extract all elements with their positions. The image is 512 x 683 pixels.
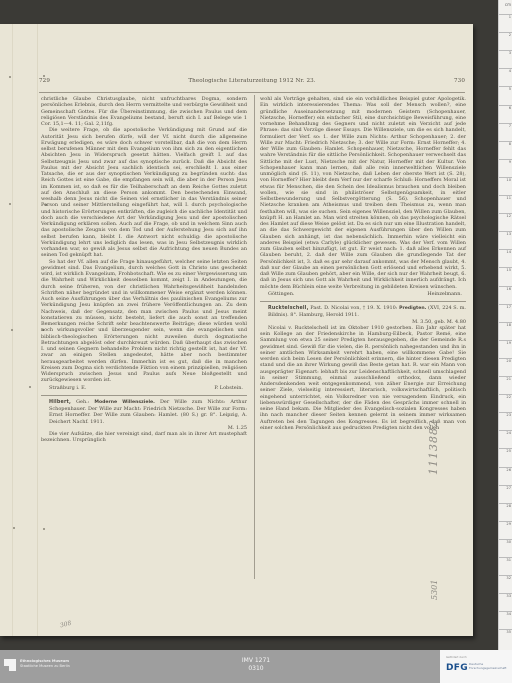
ruler-tick: 28 [499, 503, 512, 508]
ruler-unit: cm [505, 2, 511, 7]
ruler-tick: 3 [499, 50, 512, 55]
margin-speck [43, 528, 45, 530]
scan-page-number: 0310 [0, 665, 512, 673]
review-signature: Göttingen. Heinzelmann. [260, 291, 466, 297]
handwritten-margin-number: 5301 [430, 580, 439, 600]
dfg-logo-icon: DFG [446, 663, 468, 673]
ruler-tick: 5 [499, 86, 512, 91]
margin-speck [13, 527, 15, 529]
paragraph: Die vier Aufsätze, die hier vereinigt si… [41, 431, 247, 444]
ruler-tick: 29 [499, 521, 512, 526]
ruler-tick: 20 [499, 358, 512, 363]
header-rule [39, 92, 465, 93]
book-entry-heading: Rucktelschell, Past. D. Nicolai von, † 1… [260, 305, 466, 319]
entry-title: Moderne Willensziele. [94, 400, 155, 405]
margin-speck [9, 76, 11, 78]
ruler-tick: 10 [499, 177, 512, 182]
ruler-tick: 6 [499, 105, 512, 110]
ruler-tick: 17 [499, 304, 512, 309]
book-entry-heading: Hilbert, Geh.: Moderne Willensziele. Der… [41, 399, 247, 425]
ruler-tick: 30 [499, 539, 512, 544]
ruler-tick: 4 [499, 68, 512, 73]
review-signature: Straßburg i. E. P. Lobstein. [41, 385, 247, 391]
entry-author: Rucktelschell, [268, 306, 309, 311]
section-rule [41, 395, 247, 396]
margin-speck [43, 75, 45, 77]
ruler-tick: 1 [499, 14, 512, 19]
paragraph: So hat der Vf. allen auf die Frage hinau… [41, 259, 247, 384]
paragraph: wohl als Vorträge gehalten, sind sie ein… [260, 96, 466, 290]
page-fold-line [37, 24, 38, 636]
margin-speck [9, 203, 11, 205]
right-page-number: 730 [454, 78, 465, 84]
ruler-tick: 21 [499, 376, 512, 381]
margin-speck [11, 329, 13, 331]
ruler-tick: 2 [499, 32, 512, 37]
ruler-tick: 15 [499, 267, 512, 272]
margin-speck [29, 386, 31, 388]
left-column: christliche Glaube Christusglaube, nicht… [41, 96, 247, 444]
signature-place: Göttingen. [268, 291, 294, 297]
ruler-tick: 13 [499, 231, 512, 236]
ruler-tick: 12 [499, 213, 512, 218]
paragraph: Die weitere Frage, ob die apostolische V… [41, 127, 247, 258]
handwritten-stamp-number: 1113882 [427, 419, 440, 475]
entry-author-rest: Past. D. Nicolai von, † 19. X. 1910: [310, 305, 397, 311]
viewer-footer: Ethnologisches Museum Staatliche Museen … [0, 650, 512, 683]
page-header: 729 Theologische Literaturzeitung 1912 N… [39, 78, 465, 88]
sponsor-logo: Gefördert durch DFG Deutsche Forschungsg… [440, 650, 512, 683]
sponsor-small-text: Gefördert durch [446, 656, 467, 659]
ruler-tick: 7 [499, 123, 512, 128]
column-divider [254, 95, 255, 579]
ruler-tick: 24 [499, 430, 512, 435]
ruler-tick: 19 [499, 340, 512, 345]
ruler-tick: 14 [499, 249, 512, 254]
archive-signature: IMV 1271 [0, 657, 512, 665]
ruler-tick: 35 [499, 629, 512, 634]
journal-title: Theologische Literaturzeitung 1912 Nr. 2… [39, 78, 465, 84]
ruler-tick: 26 [499, 467, 512, 472]
sponsor-text: Deutsche Forschungsgemeinschaft [469, 663, 506, 671]
right-column: wohl als Vorträge gehalten, sind sie ein… [260, 96, 466, 431]
section-rule [260, 301, 466, 302]
ruler-tick: 22 [499, 394, 512, 399]
ruler-tick: 27 [499, 485, 512, 490]
signature-place: Straßburg i. E. [49, 385, 86, 391]
paragraph: christliche Glaube Christusglaube, nicht… [41, 96, 247, 127]
ruler-tick: 32 [499, 575, 512, 580]
ruler-tick: 9 [499, 159, 512, 164]
ruler-tick: 16 [499, 286, 512, 291]
ruler-tick: 11 [499, 195, 512, 200]
ruler-tick: 25 [499, 448, 512, 453]
sponsor-text-line: Forschungsgemeinschaft [469, 667, 506, 671]
entry-title: Predigten. [399, 306, 426, 311]
ruler-tick: 31 [499, 557, 512, 562]
entry-author-rest: Geh.: [76, 399, 89, 405]
ruler-tick: 34 [499, 611, 512, 616]
ruler-tick: 33 [499, 593, 512, 598]
paragraph: Nicolai v. Rucktelschell ist im Oktober … [260, 325, 466, 431]
signature-name: Heinzelmann. [427, 291, 462, 297]
ruler-tick: 18 [499, 322, 512, 327]
signature-name: P. Lobstein. [214, 385, 243, 391]
scale-ruler: cm 1234567891011121314151617181920212223… [498, 0, 512, 650]
ruler-tick: 23 [499, 412, 512, 417]
scan-identifier: IMV 1271 0310 [0, 657, 512, 673]
entry-author: Hilbert, [49, 400, 71, 405]
ruler-tick: 8 [499, 141, 512, 146]
